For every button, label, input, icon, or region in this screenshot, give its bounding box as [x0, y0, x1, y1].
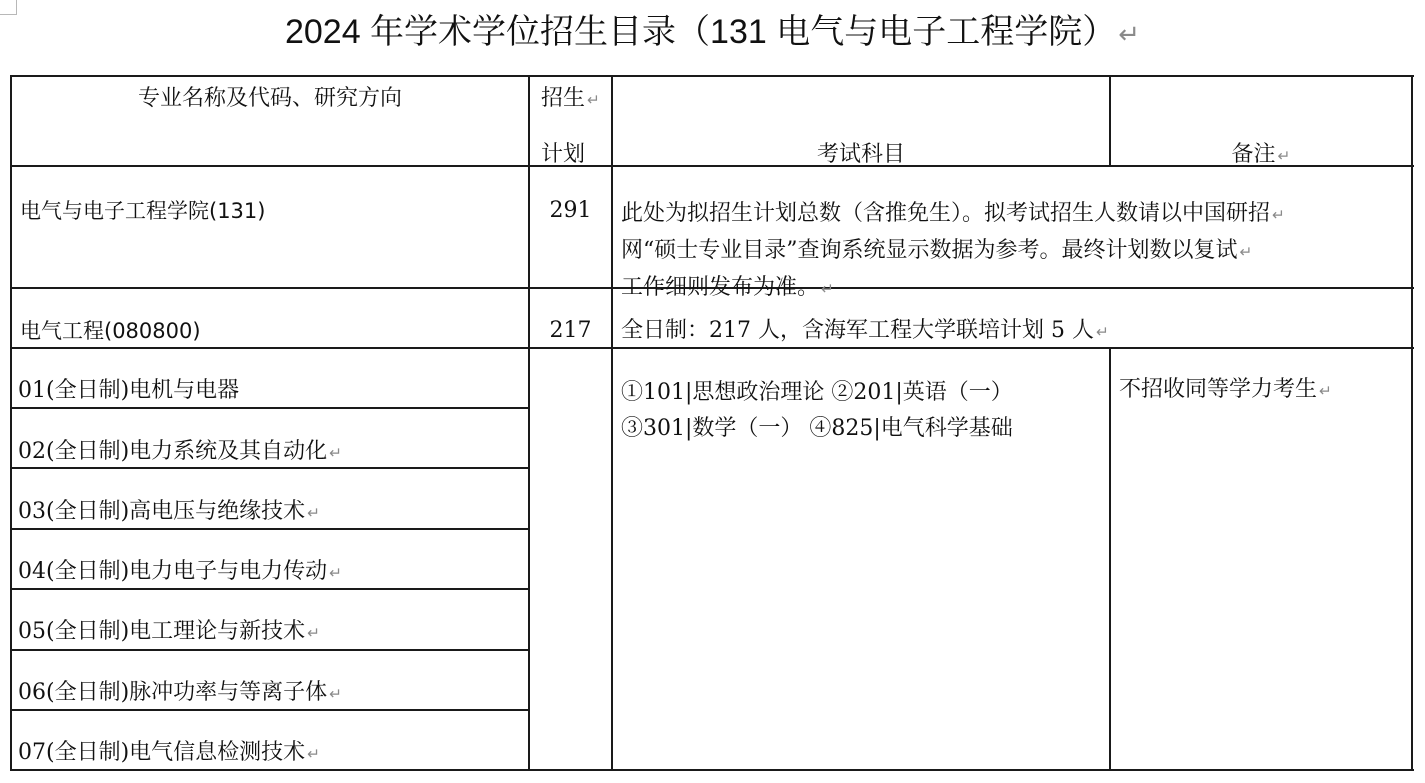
paragraph-mark-icon: ↵	[1118, 20, 1140, 50]
table-border-left	[10, 75, 12, 771]
paragraph-mark-icon: ↵	[329, 685, 342, 703]
remarks-text: 不招收同等学力考生	[1119, 377, 1317, 402]
direction-divider	[10, 528, 530, 530]
major-plan: 217	[530, 316, 611, 346]
paragraph-mark-icon: ↵	[329, 444, 342, 462]
paragraph-mark-icon: ↵	[1272, 206, 1285, 224]
direction-item: 03(全日制)高电压与绝缘技术↵	[18, 497, 320, 528]
document-title: 2024 年学术学位招生目录（131 电气与电子工程学院）↵	[0, 8, 1425, 59]
document-page: 2024 年学术学位招生目录（131 电气与电子工程学院）↵ 专业名称及代码、研…	[0, 0, 1425, 783]
header-plan-line2-text: 计划	[541, 142, 585, 167]
direction-divider	[10, 709, 530, 711]
direction-label: 03(全日制)高电压与绝缘技术	[18, 499, 305, 524]
table-border-right	[1411, 75, 1413, 771]
remarks-cell: 不招收同等学力考生↵	[1119, 375, 1332, 406]
header-major-text: 专业名称及代码、研究方向	[138, 86, 402, 111]
college-plan: 291	[530, 196, 611, 226]
header-exam: 考试科目	[613, 140, 1109, 170]
direction-label: 06(全日制)脉冲功率与等离子体	[18, 680, 327, 705]
major-note: 全日制：217 人，含海军工程大学联培计划 5 人↵	[621, 316, 1109, 347]
paragraph-mark-icon: ↵	[307, 745, 320, 763]
paragraph-mark-icon: ↵	[1278, 147, 1291, 165]
major-name-text: 电气工程(080800)	[20, 319, 201, 343]
direction-label: 01(全日制)电机与电器	[18, 378, 239, 403]
exam-subjects-line2: ③301|数学（一） ④825|电气科学基础	[621, 416, 1013, 441]
title-text: 2024 年学术学位招生目录（131 电气与电子工程学院）	[285, 13, 1116, 51]
college-plan-value: 291	[550, 198, 592, 223]
college-note-line3: 工作细则发布为准。	[621, 275, 819, 300]
direction-label: 04(全日制)电力电子与电力传动	[18, 559, 327, 584]
college-name: 电气与电子工程学院(131)	[20, 196, 265, 226]
exam-subjects-line1: ①101|思想政治理论 ②201|英语（一）	[621, 380, 1013, 405]
paragraph-mark-icon: ↵	[307, 504, 320, 522]
column-divider-plan	[528, 75, 530, 771]
header-remarks: 备注↵	[1111, 140, 1411, 171]
direction-item: 01(全日制)电机与电器	[18, 376, 239, 406]
college-note: 此处为拟招生计划总数（含推免生）。拟考试招生人数请以中国研招↵ 网“硕士专业目录…	[621, 196, 1285, 307]
major-plan-value: 217	[550, 318, 592, 343]
major-row-bottom-border	[10, 347, 1414, 349]
paragraph-mark-icon: ↵	[1096, 323, 1109, 341]
direction-divider	[10, 407, 530, 409]
direction-item: 05(全日制)电工理论与新技术↵	[18, 617, 320, 648]
direction-label: 07(全日制)电气信息检测技术	[18, 740, 305, 765]
major-note-text: 全日制：217 人，含海军工程大学联培计划 5 人	[621, 318, 1094, 343]
header-plan-line1: 招生	[541, 86, 585, 111]
table-border-top	[10, 75, 1414, 77]
header-major: 专业名称及代码、研究方向	[12, 84, 528, 114]
college-name-text: 电气与电子工程学院(131)	[20, 199, 265, 223]
column-divider-exam	[611, 75, 613, 771]
direction-item: 07(全日制)电气信息检测技术↵	[18, 738, 320, 769]
paragraph-mark-icon: ↵	[587, 91, 600, 109]
direction-label: 02(全日制)电力系统及其自动化	[18, 439, 327, 464]
header-plan-line2: 计划	[541, 140, 585, 170]
college-note-line1: 此处为拟招生计划总数（含推免生）。拟考试招生人数请以中国研招	[621, 201, 1270, 226]
direction-divider	[10, 588, 530, 590]
header-plan: 招生↵	[541, 84, 600, 115]
exam-subjects: ①101|思想政治理论 ②201|英语（一） ③301|数学（一） ④825|电…	[621, 375, 1013, 447]
direction-item: 04(全日制)电力电子与电力传动↵	[18, 557, 342, 588]
paragraph-mark-icon: ↵	[307, 624, 320, 642]
paragraph-mark-icon: ↵	[329, 564, 342, 582]
paragraph-mark-icon: ↵	[1319, 382, 1332, 400]
direction-label: 05(全日制)电工理论与新技术	[18, 619, 305, 644]
column-divider-remarks	[1109, 347, 1111, 771]
direction-divider	[10, 649, 530, 651]
header-exam-text: 考试科目	[817, 142, 905, 167]
major-name: 电气工程(080800)	[20, 316, 201, 346]
direction-item: 06(全日制)脉冲功率与等离子体↵	[18, 678, 342, 709]
direction-item: 02(全日制)电力系统及其自动化↵	[18, 437, 342, 468]
college-note-line2: 网“硕士专业目录”查询系统显示数据为参考。最终计划数以复试	[621, 238, 1238, 263]
table-border-bottom	[10, 769, 1414, 771]
paragraph-mark-icon: ↵	[1240, 243, 1253, 261]
header-remarks-text: 备注	[1232, 142, 1276, 167]
paragraph-mark-icon: ↵	[821, 280, 834, 298]
